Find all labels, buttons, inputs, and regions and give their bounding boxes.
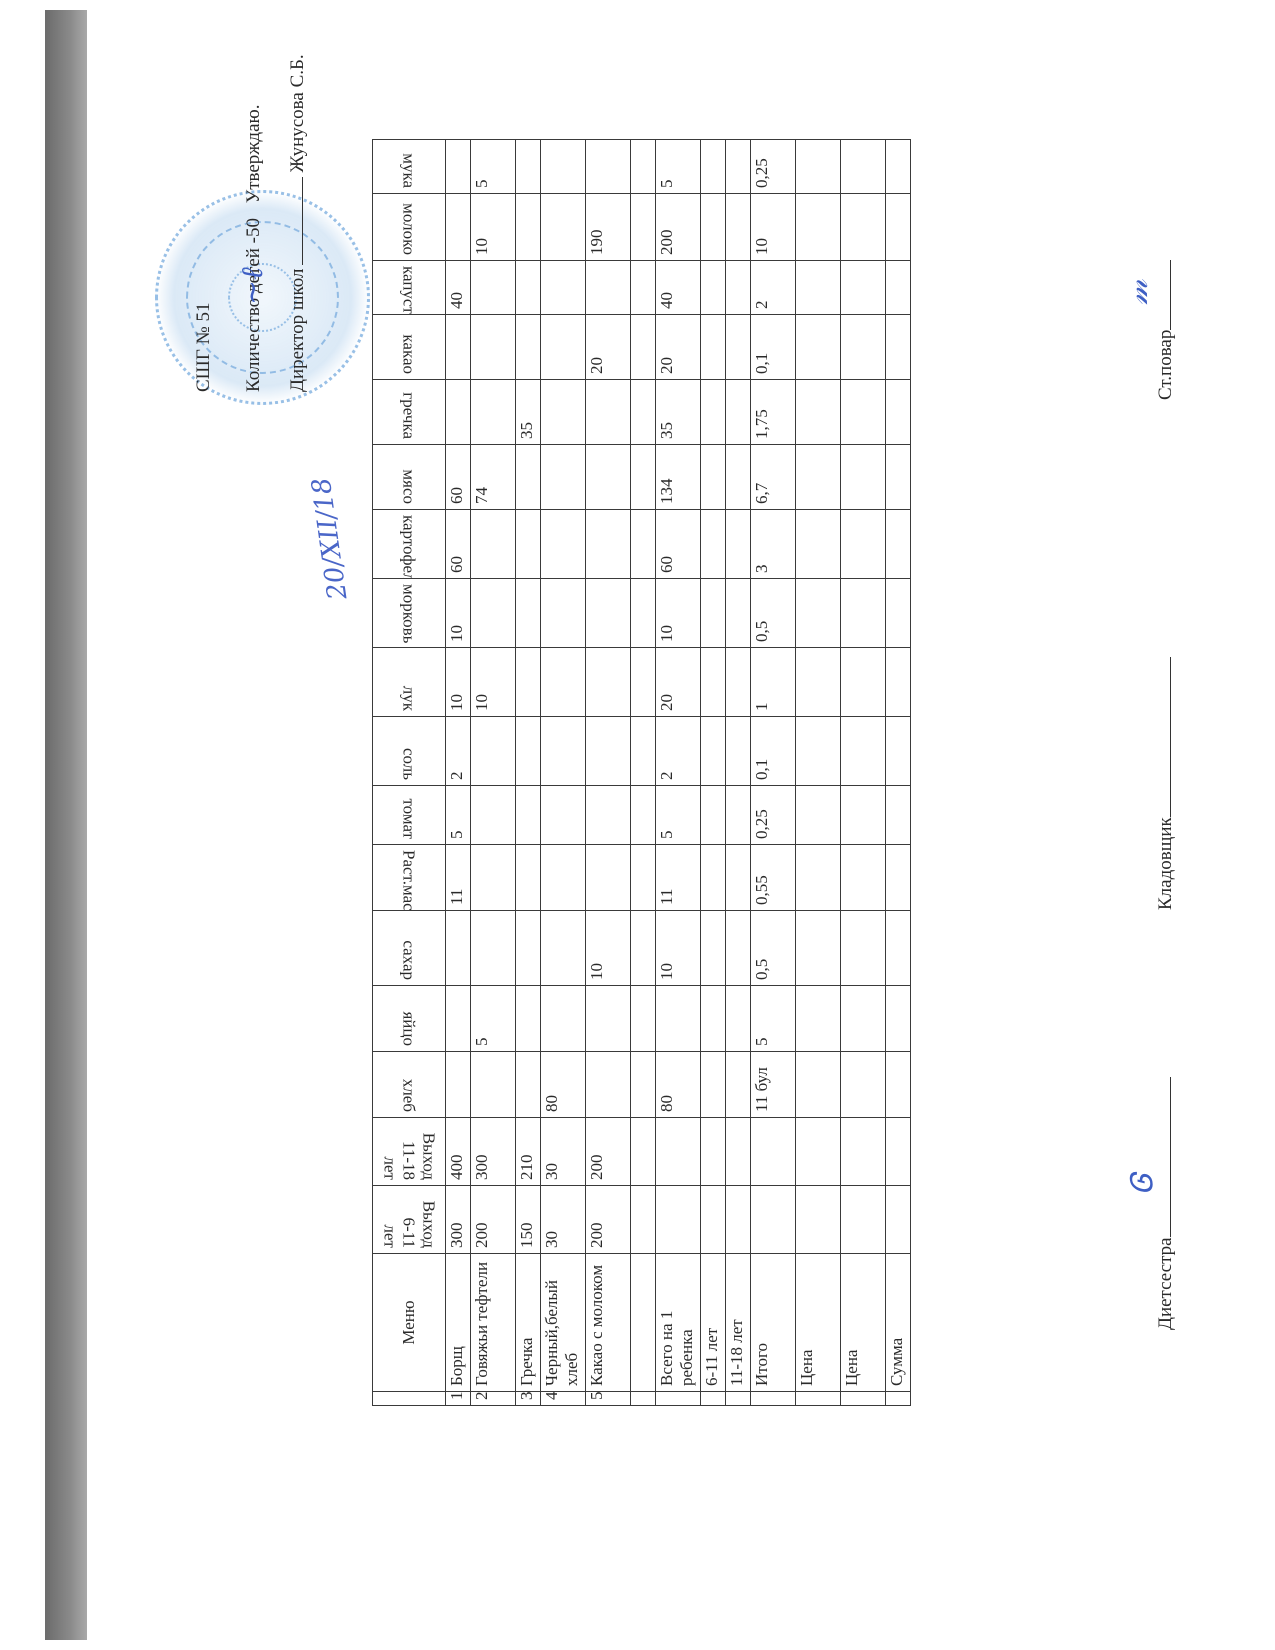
column-header: мука [373,140,446,194]
table-cell [796,315,841,380]
table-cell: 5 [446,786,471,845]
column-header-label: морковь [399,584,419,642]
table-cell [471,380,516,445]
storekeeper-signature-line [1156,657,1171,817]
dietitian-signature-line [1156,1077,1171,1237]
table-cell [796,380,841,445]
table-cell: 30 [541,1186,586,1254]
dietitian-label: Диетсестра [1155,1237,1176,1330]
table-cell [541,648,586,717]
table-cell [796,1052,841,1118]
table-cell [446,315,471,380]
table-cell [796,786,841,845]
table-cell [631,380,656,445]
chef-signature: 𝓂 [1120,280,1155,305]
table-cell: 2 [446,717,471,786]
table-cell [586,648,631,717]
table-cell [631,717,656,786]
table-cell: 0,5 [751,579,796,648]
table-cell: 0,1 [751,315,796,380]
storekeeper-field: Кладовщик [1155,657,1177,910]
chef-field: Ст.повар [1155,260,1177,400]
column-header: какао [373,315,446,380]
table-cell [631,510,656,579]
table-cell [631,579,656,648]
table-cell [471,315,516,380]
table-cell [516,194,541,261]
table-cell [446,194,471,261]
table-cell [631,911,656,986]
table-cell [586,986,631,1052]
row-number [701,1392,726,1406]
row-number [656,1392,701,1406]
table-cell [446,1052,471,1118]
table-cell [701,579,726,648]
column-header: хлеб [373,1052,446,1118]
column-header-label: Выход 6-11 лет [380,1191,439,1248]
table-cell [471,717,516,786]
table-cell [726,445,751,510]
table-cell [796,1186,841,1254]
table-cell [886,445,911,510]
column-header: Выход 11-18 лет [373,1118,446,1186]
table-cell [796,911,841,986]
table-cell [701,717,726,786]
table-cell: 10 [586,911,631,986]
director-line: Директор школЖунусова С.Б. [287,54,309,392]
row-number [841,1392,886,1406]
table-cell [631,1052,656,1118]
table-cell [796,845,841,911]
table-cell: 80 [656,1052,701,1118]
table-cell [541,911,586,986]
table-cell: 200 [586,1186,631,1254]
column-header: соль [373,717,446,786]
table-cell [471,911,516,986]
table-cell [701,845,726,911]
table-cell [841,579,886,648]
menu-item-name: Всего на 1 ребенка [656,1254,701,1392]
table-cell [701,1118,726,1186]
menu-item-name: Цена [796,1254,841,1392]
table-cell: 60 [656,510,701,579]
table-row: 1Борщ30040011521010606040 [446,140,471,1406]
table-cell [796,717,841,786]
table-cell [796,579,841,648]
table-cell [631,140,656,194]
table-cell: 2 [751,261,796,315]
table-cell: 11 бул [751,1052,796,1118]
table-cell: 10 [446,648,471,717]
table-row: Цена [841,140,886,1406]
approve-label: Утверждаю. [243,105,264,204]
table-cell: 10 [446,579,471,648]
table-cell: 20 [656,648,701,717]
table-cell [586,717,631,786]
table-cell [701,786,726,845]
table-cell [586,579,631,648]
table-cell: 5 [471,986,516,1052]
table-cell: 2 [656,717,701,786]
column-header-label: Раст.масло [399,850,419,905]
column-header: Выход 6-11 лет [373,1186,446,1254]
table-cell: 10 [471,648,516,717]
table-cell [726,648,751,717]
table-cell [631,445,656,510]
director-name: Жунусова С.Б. [287,54,308,172]
table-cell: 200 [471,1186,516,1254]
column-header: сахар [373,911,446,986]
table-cell [471,1052,516,1118]
table-row: 11-18 лет [726,140,751,1406]
row-number [886,1392,911,1406]
table-cell: 40 [446,261,471,315]
table-cell [701,445,726,510]
table-cell [841,1186,886,1254]
table-cell: 0,1 [751,717,796,786]
table-cell [516,717,541,786]
row-number: 1 [446,1392,471,1406]
column-header: Раст.масло [373,845,446,911]
table-cell [471,510,516,579]
column-header: томат [373,786,446,845]
table-cell [541,845,586,911]
table-cell [841,986,886,1052]
table-row: Всего на 1 ребенка8010115220106013435204… [656,140,701,1406]
table-cell [841,140,886,194]
column-header-label: какао [399,320,419,374]
scan-edge [45,10,87,1640]
table-cell [586,261,631,315]
table-cell: 74 [471,445,516,510]
table-cell [796,648,841,717]
column-header-label: капуста [399,266,419,309]
column-header-label: яйцо [399,991,419,1046]
table-cell: 3 [751,510,796,579]
column-header-label: лук [399,653,419,711]
table-cell: 11 [446,845,471,911]
table-cell [586,786,631,845]
table-cell [886,911,911,986]
table-cell [541,140,586,194]
table-cell [886,579,911,648]
table-cell [841,786,886,845]
column-header: Меню [373,1254,446,1392]
table-cell [841,261,886,315]
table-cell [631,1118,656,1186]
document-sheet: СШГ № 51 Количество детей -50 Утверждаю.… [95,0,1275,1650]
table-cell [726,261,751,315]
director-label: Директор школ [287,269,308,392]
column-header: мясо [373,445,446,510]
table-cell [516,445,541,510]
table-cell [471,261,516,315]
menu-table: МенюВыход 6-11 летВыход 11-18 летхлебяйц… [372,139,911,1406]
table-cell [841,717,886,786]
column-header [373,1392,446,1406]
column-header: лук [373,648,446,717]
column-header-label: мясо [399,450,419,504]
table-cell [516,911,541,986]
table-cell [631,261,656,315]
school-title: СШГ № 51 [193,303,215,392]
table-cell [726,579,751,648]
table-cell [471,786,516,845]
menu-item-name: Итого [751,1254,796,1392]
table-cell [516,986,541,1052]
table-cell [631,648,656,717]
row-number [751,1392,796,1406]
table-row: Цена [796,140,841,1406]
dietitian-field: Диетсестра [1155,1077,1177,1330]
table-cell [701,648,726,717]
table-cell [726,911,751,986]
table-cell [701,140,726,194]
table-cell: 0,5 [751,911,796,986]
table-cell [726,1118,751,1186]
table-cell [541,194,586,261]
menu-item-name: 6-11 лет [701,1254,726,1392]
column-header-label: Меню [399,1300,418,1344]
row-number: 2 [471,1392,516,1406]
table-cell [886,261,911,315]
menu-item-name: Говяжьи тефтели [471,1254,516,1392]
table-cell: 5 [656,786,701,845]
menu-item-name: Борщ [446,1254,471,1392]
table-cell [631,986,656,1052]
table-cell: 150 [516,1186,541,1254]
table-cell: 20 [656,315,701,380]
table-cell [726,717,751,786]
table-cell [701,986,726,1052]
column-header: капуста [373,261,446,315]
table-cell: 5 [751,986,796,1052]
table-cell [841,315,886,380]
table-row: Итого11 бул50,50,550,250,110,536,71,750,… [751,140,796,1406]
table-cell: 190 [586,194,631,261]
table-cell [701,1186,726,1254]
table-row: 2Говяжьи тефтели20030051074105 [471,140,516,1406]
table-cell [586,140,631,194]
table-cell [886,786,911,845]
table-cell [726,1186,751,1254]
table-cell [796,140,841,194]
table-cell [886,845,911,911]
table-cell [586,510,631,579]
table-cell [631,845,656,911]
table-cell [541,717,586,786]
column-header-label: сахар [399,916,419,980]
table-cell [471,579,516,648]
table-cell: 60 [446,510,471,579]
table-cell [656,986,701,1052]
table-cell [886,1052,911,1118]
table-cell: 0,25 [751,140,796,194]
table-cell: 60 [446,445,471,510]
table-cell [446,986,471,1052]
table-cell [841,648,886,717]
table-cell [886,1118,911,1186]
table-cell [541,261,586,315]
table-cell: 10 [656,579,701,648]
table-cell: 5 [656,140,701,194]
table-cell [516,510,541,579]
director-signature-line [288,177,303,265]
table-row: 5Какао с молоком2002001020190 [586,140,631,1406]
table-cell [631,786,656,845]
table-cell: 300 [446,1186,471,1254]
table-cell [586,380,631,445]
table-cell [726,380,751,445]
table-cell: 80 [541,1052,586,1118]
table-cell [886,194,911,261]
storekeeper-label: Кладовщик [1155,817,1176,910]
table-cell: 134 [656,445,701,510]
table-row [631,140,656,1406]
table-cell [726,194,751,261]
table-row: Сумма [886,140,911,1406]
column-header-label: молоко [399,199,419,255]
table-cell [726,986,751,1052]
table-cell [726,1052,751,1118]
menu-item-name: 11-18 лет [726,1254,751,1392]
table-cell [796,510,841,579]
table-cell [516,140,541,194]
table-cell: 200 [656,194,701,261]
table-cell: 0,55 [751,845,796,911]
menu-item-name: Сумма [886,1254,911,1392]
table-cell [886,380,911,445]
table-cell: 40 [656,261,701,315]
menu-item-name: Какао с молоком [586,1254,631,1392]
table-cell [541,579,586,648]
table-cell: 10 [471,194,516,261]
table-cell [446,911,471,986]
table-cell [726,140,751,194]
children-count: Количество детей -50 [243,218,264,392]
table-cell [701,315,726,380]
table-cell [841,194,886,261]
column-header: яйцо [373,986,446,1052]
table-cell [656,1118,701,1186]
table-cell [841,380,886,445]
table-cell [631,194,656,261]
table-cell: 200 [586,1118,631,1186]
menu-item-name: Черный,белый хлеб [541,1254,586,1392]
table-cell [516,579,541,648]
table-cell [886,510,911,579]
column-header-label: соль [399,722,419,780]
table-cell [726,510,751,579]
table-cell [796,445,841,510]
table-cell [726,845,751,911]
table-cell: 1 [751,648,796,717]
table-cell [796,261,841,315]
table-cell: 400 [446,1118,471,1186]
table-cell [751,1118,796,1186]
table-cell [886,140,911,194]
table-cell [751,1186,796,1254]
table-cell: 30 [541,1118,586,1186]
table-cell [796,194,841,261]
table-cell [841,510,886,579]
table-cell [726,315,751,380]
table-cell [701,911,726,986]
row-number [631,1392,656,1406]
table-cell [541,786,586,845]
table-row: 3Гречка15021035 [516,140,541,1406]
table-cell: 0,25 [751,786,796,845]
column-header: гречка [373,380,446,445]
table-cell [516,648,541,717]
table-cell [656,1186,701,1254]
table-cell [701,194,726,261]
table-cell [886,315,911,380]
table-cell [841,1118,886,1186]
table-cell: 35 [656,380,701,445]
column-header-label: Выход 11-18 лет [380,1123,439,1180]
table-cell [631,315,656,380]
table-cell: 210 [516,1118,541,1186]
table-cell [841,445,886,510]
column-header: молоко [373,194,446,261]
table-cell: 1,75 [751,380,796,445]
table-cell [841,911,886,986]
approval-line: Количество детей -50 Утверждаю. [243,105,265,392]
table-cell: 300 [471,1118,516,1186]
table-cell [726,786,751,845]
table-row: 6-11 лет [701,140,726,1406]
table-cell [446,140,471,194]
table-cell [701,380,726,445]
table-row: 4Черный,белый хлеб303080 [541,140,586,1406]
table-cell [701,510,726,579]
table-cell [516,315,541,380]
table-cell [886,717,911,786]
table-cell [541,986,586,1052]
table-cell [516,845,541,911]
row-number: 4 [541,1392,586,1406]
table-cell [886,1186,911,1254]
handwritten-date: 20/XII/18 [307,476,354,602]
column-header-label: картофель [399,515,419,573]
column-header: картофель [373,510,446,579]
menu-item-name [631,1254,656,1392]
column-header-label: мука [399,145,419,188]
dietitian-signature: Ꮆ [1125,1174,1160,1195]
menu-item-name: Гречка [516,1254,541,1392]
table-cell: 35 [516,380,541,445]
table-cell [541,510,586,579]
row-number [726,1392,751,1406]
table-cell [701,261,726,315]
table-header-row: МенюВыход 6-11 летВыход 11-18 летхлебяйц… [373,140,446,1406]
table-cell [841,1052,886,1118]
column-header-label: томат [399,791,419,839]
table-cell [586,445,631,510]
table-cell [586,845,631,911]
table-cell [796,1118,841,1186]
column-header: морковь [373,579,446,648]
table-cell: 10 [656,911,701,986]
table-cell [541,380,586,445]
table-cell: 10 [751,194,796,261]
table-cell [541,445,586,510]
table-cell [516,261,541,315]
row-number [796,1392,841,1406]
table-cell: 11 [656,845,701,911]
table-cell [541,315,586,380]
